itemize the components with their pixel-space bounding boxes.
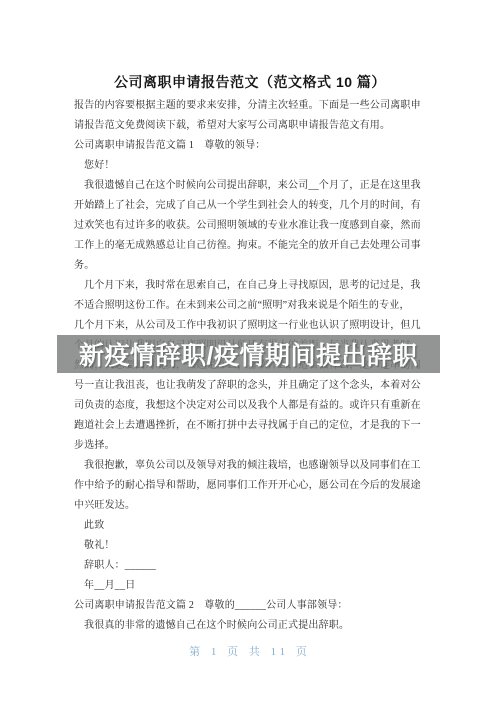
document-page: 公司离职申请报告范文（范文格式 10 篇） 报告的内容要根据主题的要求来安排，分… (0, 0, 500, 706)
page-number-footer: 第 1 页 共 11 页 (0, 643, 500, 659)
document-line: 开始踏上了社会，完成了自己从一个学生到社会人的转变，几个月的时间，有 (74, 196, 428, 216)
document-line: 年__月__日 (74, 576, 428, 596)
document-line: 中兴旺发达。 (74, 496, 428, 516)
document-line: 几个月下来，我时常在思索自己，在自己身上寻找原因，思考的记过是，我 (74, 276, 428, 296)
watermark-banner: 新疫情辞职/疫情期间提出辞职 (57, 335, 440, 373)
document-line: 报告的内容要根据主题的要求来安排，分清主次轻重。下面是一些公司离职申 (74, 96, 428, 116)
document-line: 公司离职申请报告范文篇 2 尊敬的______公司人事部领导： (74, 596, 428, 616)
document-line: 请报告范文免费阅读下载，希望对大家写公司离职申请报告范文有用。 (74, 116, 428, 136)
document-line: 司负责的态度，我想这个决定对公司以及我个人都是有益的。或许只有重新在 (74, 396, 428, 416)
document-line: 作中给予的耐心指导和帮助，愿同事们工作开开心心，愿公司在今后的发展途 (74, 476, 428, 496)
document-line: 不适合照明这份工作。在未到来公司之前“照明”对我来说是个陌生的专业， (74, 296, 428, 316)
document-line: 我很真的非常的遗憾自己在这个时候向公司正式提出辞职。 (74, 616, 428, 636)
document-line: 我很抱歉，辜负公司以及领导对我的倾注栽培，也感谢领导以及同事们在工 (74, 456, 428, 476)
document-line: 号一直让我沮丧，也让我萌发了辞职的念头，并且确定了这个念头，本着对公 (74, 376, 428, 396)
document-line: 跑道社会上去遭遇挫折，在不断打拼中去寻找属于自己的定位，才是我的下一 (74, 416, 428, 436)
document-line: 几个月下来，从公司及工作中我初识了照明这一行业也认识了照明设计，但几 (74, 316, 428, 336)
document-line: 务。 (74, 256, 428, 276)
document-title: 公司离职申请报告范文（范文格式 10 篇） (0, 72, 500, 92)
document-line: 您好！ (74, 156, 428, 176)
document-line: 此致 (74, 516, 428, 536)
watermark-banner-text: 新疫情辞职/疫情期间提出辞职 (79, 336, 418, 372)
document-line: 工作上的毫无成熟感总让自己彷徨。拘束。不能完全的放开自己去处理公司事 (74, 236, 428, 256)
document-line: 过欢笑也有过许多的收获。公司照明领域的专业水准让我一度感到自豪，然而 (74, 216, 428, 236)
document-line: 步选择。 (74, 436, 428, 456)
document-line: 敬礼！ (74, 536, 428, 556)
document-line: 辞职人：______ (74, 556, 428, 576)
document-line: 公司离职申请报告范文篇 1 尊敬的领导： (74, 136, 428, 156)
document-line: 我很遗憾自己在这个时候向公司提出辞职，来公司__个月了，正是在这里我 (74, 176, 428, 196)
